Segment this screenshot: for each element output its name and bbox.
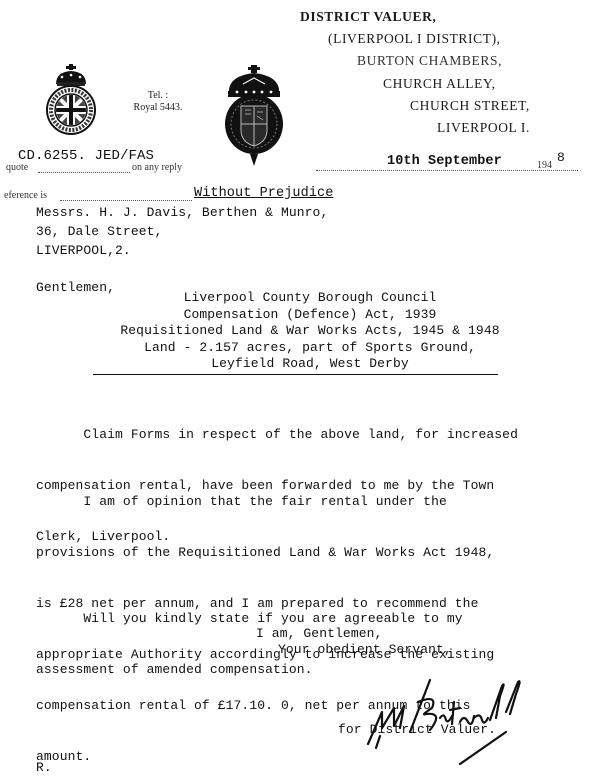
subject-line: Liverpool County Borough Council — [110, 290, 510, 307]
body-line: provisions of the Requisitioned Land & W… — [36, 544, 556, 561]
closing-line: I am, Gentlemen, — [256, 626, 382, 641]
reference-is-label: eference is — [4, 190, 47, 201]
letterhead-line: CHURCH ALLEY, — [383, 76, 496, 92]
quote-dotted-line — [38, 172, 130, 173]
letterhead-line: (LIVERPOOL I DISTRICT), — [328, 31, 501, 47]
subject-underline — [93, 374, 498, 375]
letterhead-line: BURTON CHAMBERS, — [357, 53, 502, 69]
body-line: Will you kindly state if you are agreeab… — [36, 610, 556, 627]
quote-label: quote — [6, 162, 28, 173]
subject-line: Land - 2.157 acres, part of Sports Groun… — [110, 340, 510, 357]
body-line: Claim Forms in respect of the above land… — [36, 426, 556, 443]
telephone-label: Tel. : — [118, 90, 198, 102]
recipient-line: 36, Dale Street, — [36, 224, 162, 239]
subject-line: Compensation (Defence) Act, 1939 — [110, 307, 510, 324]
letterhead-line: LIVERPOOL I. — [437, 120, 530, 136]
reference-dotted-line — [60, 200, 192, 201]
royal-coat-of-arms-icon — [223, 64, 285, 168]
national-savings-badge-icon — [40, 62, 102, 138]
subject-block: Liverpool County Borough Council Compens… — [110, 290, 510, 373]
telephone-block: Tel. : Royal 5443. — [118, 90, 198, 114]
salutation: Gentlemen, — [36, 280, 115, 295]
without-prejudice: Without Prejudice — [194, 186, 333, 201]
recipient-line: LIVERPOOL,2. — [36, 243, 131, 258]
date-day-month: 10th September — [387, 154, 502, 169]
body-line: I am of opinion that the fair rental und… — [36, 493, 556, 510]
typist-initial: R. — [36, 760, 52, 775]
closing-line: Your obedient Servant, — [278, 642, 452, 657]
recipient-line: Messrs. H. J. Davis, Berthen & Munro, — [36, 205, 328, 220]
letterhead-line: CHURCH STREET, — [410, 98, 530, 114]
subject-line: Leyfield Road, West Derby — [110, 356, 510, 373]
letterhead-title: DISTRICT VALUER, — [300, 9, 436, 25]
telephone-number: Royal 5443. — [118, 102, 198, 114]
date-year-suffix: 8 — [557, 150, 565, 165]
subject-line: Requisitioned Land & War Works Acts, 194… — [110, 323, 510, 340]
signature-label: for District Valuer. — [338, 722, 496, 737]
date-year-prefix: 194 — [537, 160, 552, 171]
on-any-reply-label: on any reply — [132, 162, 182, 173]
